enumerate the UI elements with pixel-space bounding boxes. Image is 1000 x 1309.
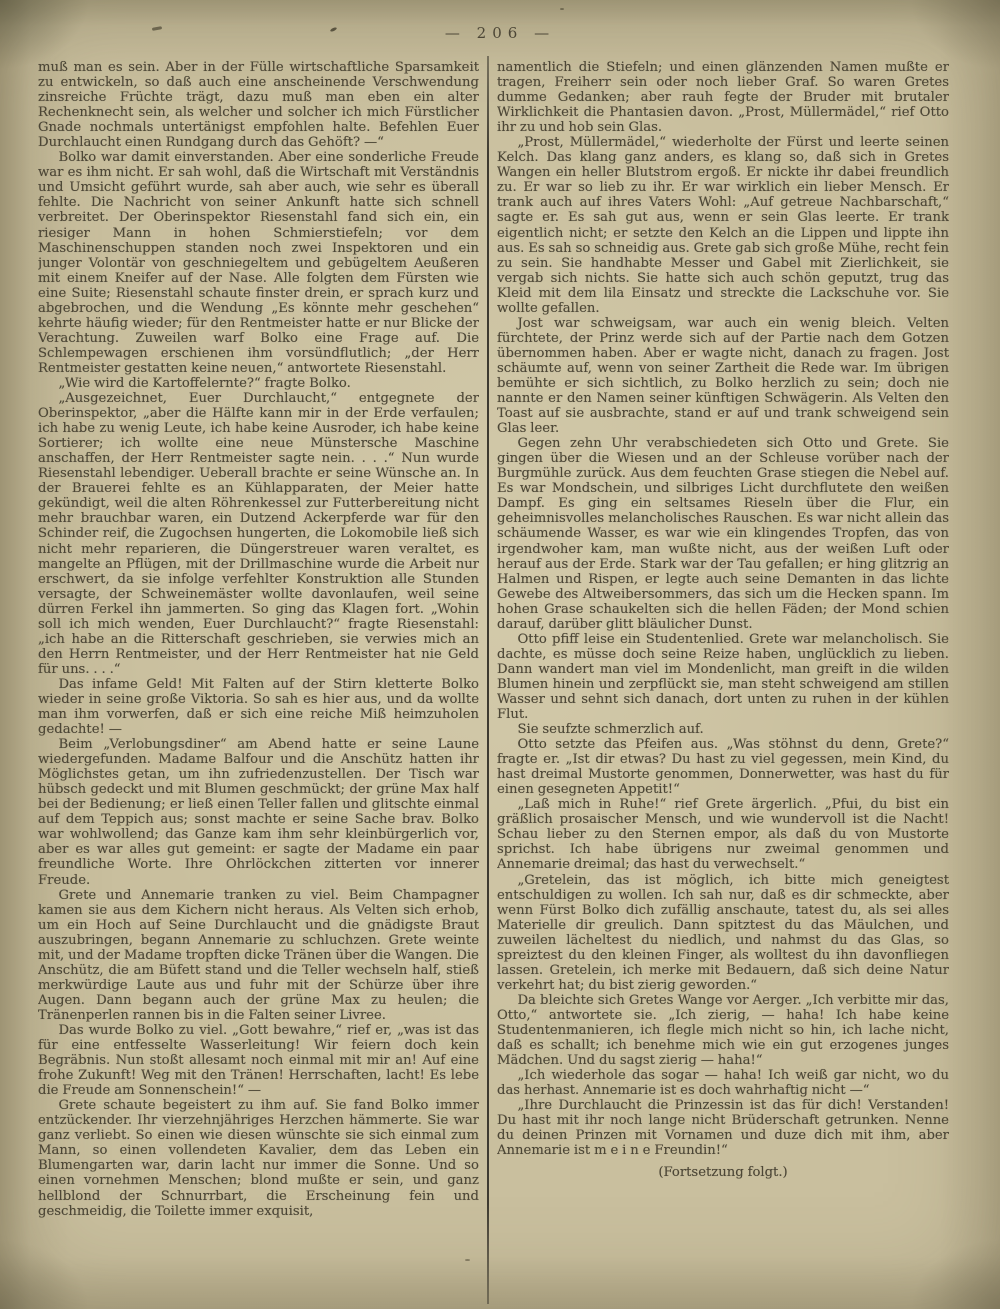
column-divider-rule [487,56,489,1304]
continuation-notice: (Fortsetzung folgt.) [497,1165,949,1180]
paragraph: Beim „Verlobungsdiner“ am Abend hatte er… [38,737,479,887]
paragraph: Otto setzte das Pfeifen aus. „Was stöhns… [497,737,949,797]
paragraph: „Gretelein, das ist möglich, ich bitte m… [497,873,949,993]
paragraph: „Laß mich in Ruhe!“ rief Grete ärgerlich… [497,797,949,872]
paragraph: „Prost, Müllermädel,“ wiederholte der Fü… [497,135,949,316]
paragraph: Das infame Geld! Mit Falten auf der Stir… [38,677,479,737]
paragraph: „Wie wird die Kartoffelernte?“ fragte Bo… [38,376,479,391]
paragraph: Grete schaute begeistert zu ihm auf. Sie… [38,1098,479,1218]
text-column-left: muß man es sein. Aber in der Fülle wirts… [38,60,479,1302]
page-number: — 206 — [0,24,1000,42]
paragraph: „Ihre Durchlaucht die Prinzessin ist das… [497,1098,949,1158]
paragraph: Gegen zehn Uhr verabschiedeten sich Otto… [497,436,949,632]
paragraph: muß man es sein. Aber in der Fülle wirts… [38,60,479,150]
paragraph: Jost war schweigsam, war auch ein wenig … [497,316,949,436]
paragraph: namentlich die Stiefeln; und einen glänz… [497,60,949,135]
paragraph: Das wurde Bolko zu viel. „Gott bewahre,“… [38,1023,479,1098]
ink-speck [560,8,564,10]
paragraph: Sie seufzte schmerzlich auf. [497,722,949,737]
text-column-right: namentlich die Stiefeln; und einen glänz… [497,60,949,1302]
paragraph: Da bleichte sich Gretes Wange vor Aerger… [497,993,949,1068]
paragraph: „Ausgezeichnet, Euer Durchlaucht,“ entge… [38,391,479,677]
paragraph: „Ich wiederhole das sogar — haha! Ich we… [497,1068,949,1098]
paragraph: Grete und Annemarie tranken zu viel. Bei… [38,888,479,1023]
paragraph: Otto pfiff leise ein Studentenlied. Gret… [497,632,949,722]
scanned-book-page: { "page": { "header": "— 206 —", "footer… [0,0,1000,1309]
paragraph: Bolko war damit einverstanden. Aber eine… [38,150,479,376]
